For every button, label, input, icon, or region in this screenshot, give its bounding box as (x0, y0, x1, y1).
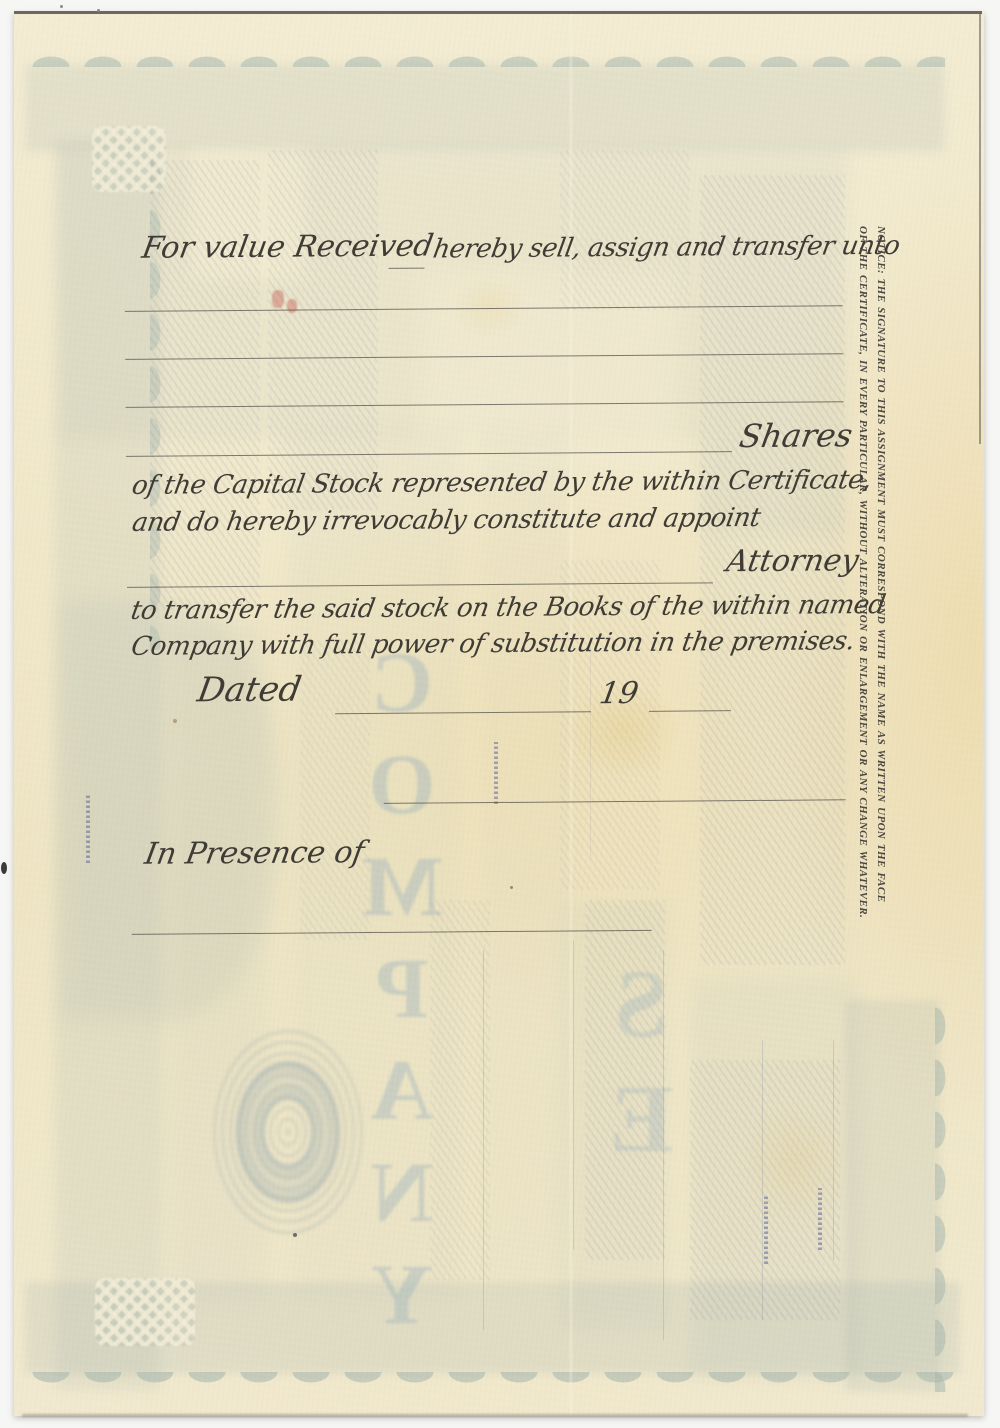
witness-blank-line (132, 930, 652, 935)
blank-name-segment (388, 268, 424, 269)
opening-phrase: For value Received (139, 228, 435, 265)
clause-line-1: of the Capital Stock represented by the … (130, 465, 874, 501)
scan-right-edge (979, 14, 981, 444)
transfer-line-1: to transfer the said stock on the Books … (129, 590, 888, 626)
scan-top-edge (14, 11, 982, 14)
dated-blank-line (335, 711, 591, 714)
witness-label: In Presence of (142, 835, 367, 872)
transfer-line-2: Company with full power of substitution … (129, 626, 857, 662)
signature-blank-line (384, 799, 846, 804)
scanned-certificate-page: COMPANY SE For value Received hereby s (0, 0, 1000, 1428)
scan-bottom-edge-shadow (22, 1414, 968, 1417)
signature-notice: NOTICE: THE SIGNATURE TO THIS ASSIGNMENT… (854, 226, 890, 916)
attorney-label: Attorney (724, 543, 862, 579)
signature-notice-line-2: OF THE CERTIFICATE, IN EVERY PARTICULAR,… (854, 226, 872, 916)
shares-blank-line (126, 451, 732, 457)
year-prefix: 19 (597, 676, 641, 711)
assignment-form: For value Received hereby sell, assign a… (0, 0, 1000, 1428)
blank-line-3 (126, 401, 844, 408)
scan-speck-left (1, 862, 7, 874)
dated-label: Dated (194, 670, 304, 711)
opening-phrase-continued: hereby sell, assign and transfer unto (431, 231, 902, 265)
clause-line-2: and do hereby irrevocably constitute and… (130, 503, 763, 538)
blank-line-1 (125, 305, 843, 312)
attorney-blank-line (127, 582, 713, 588)
blank-line-2 (125, 353, 843, 360)
shares-label: Shares (737, 416, 856, 455)
year-blank-line (649, 710, 731, 712)
scan-speck-top-1 (60, 5, 63, 8)
scan-speck-top-2 (97, 9, 100, 12)
signature-notice-line-1: NOTICE: THE SIGNATURE TO THIS ASSIGNMENT… (872, 226, 890, 916)
